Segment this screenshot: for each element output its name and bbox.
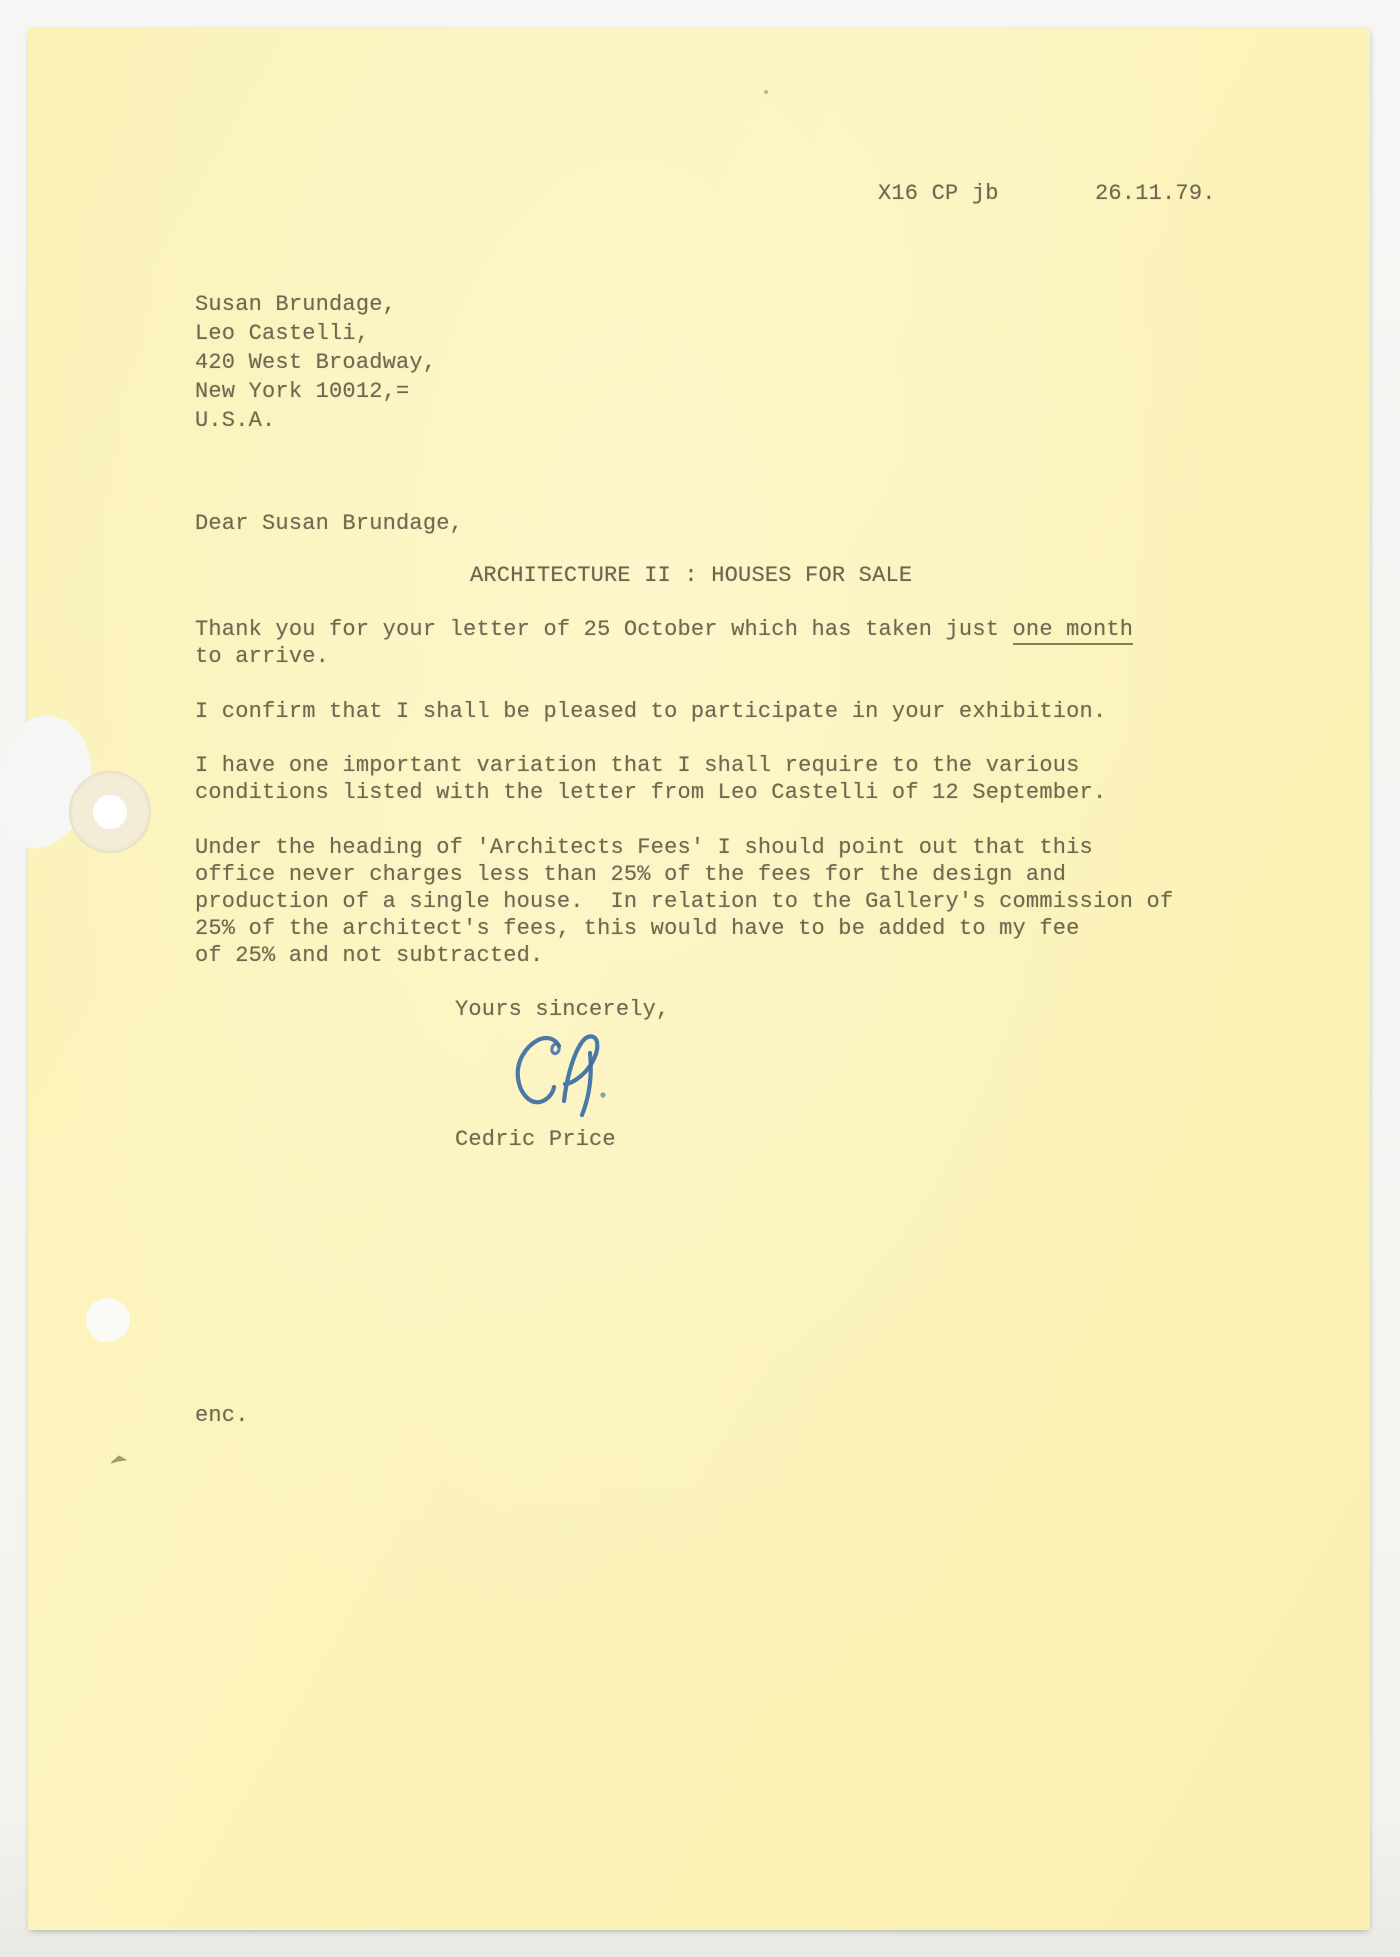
reference-code: X16 CP jb <box>878 180 999 207</box>
hole-punch-bottom <box>86 1298 130 1342</box>
letter-date: 26.11.79. <box>1095 180 1216 207</box>
salutation: Dear Susan Brundage, <box>195 510 463 537</box>
recipient-address: Susan Brundage, Leo Castelli, 420 West B… <box>195 290 436 435</box>
recipient-line: U.S.A. <box>195 406 436 435</box>
ink-dot <box>600 1092 605 1097</box>
paper-speckle <box>764 90 768 94</box>
paragraph-text: Thank you for your letter of 25 October … <box>195 617 1013 642</box>
underlined-phrase: one month <box>1013 617 1134 645</box>
recipient-line: Leo Castelli, <box>195 319 436 348</box>
paragraph-fees: Under the heading of 'Architects Fees' I… <box>195 834 1205 969</box>
letter-paper: X16 CP jb 26.11.79. Susan Brundage, Leo … <box>28 28 1370 1930</box>
recipient-line: 420 West Broadway, <box>195 348 436 377</box>
hole-punch-hole <box>93 795 127 829</box>
enclosure-note: enc. <box>195 1402 249 1429</box>
recipient-line: New York 10012,= <box>195 377 436 406</box>
paragraph-thank-you: Thank you for your letter of 25 October … <box>195 616 1205 670</box>
paragraph-variation: I have one important variation that I sh… <box>195 752 1205 806</box>
handwritten-signature <box>506 1031 646 1141</box>
pencil-mark <box>110 1452 128 1466</box>
paragraph-confirm: I confirm that I shall be pleased to par… <box>195 698 1205 725</box>
recipient-line: Susan Brundage, <box>195 290 436 319</box>
closing: Yours sincerely, <box>455 996 669 1023</box>
signer-name: Cedric Price <box>455 1126 616 1153</box>
paragraph-text: to arrive. <box>195 644 329 669</box>
subject-line: ARCHITECTURE II : HOUSES FOR SALE <box>470 562 912 589</box>
hole-punch-reinforced <box>69 771 151 853</box>
